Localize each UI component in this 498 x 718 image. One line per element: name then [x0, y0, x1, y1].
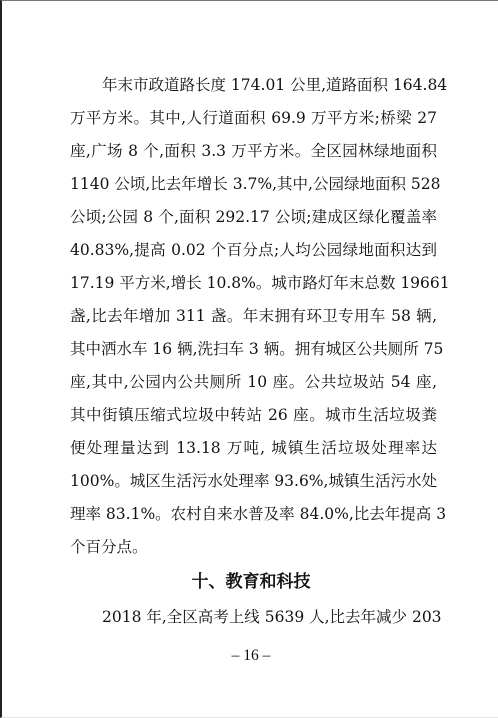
paragraph-education: 2018 年,全区高考上线 5639 人,比去年减少 203	[70, 601, 437, 634]
text-line: 座,其中,公园内公共厕所 10 座。公共垃圾站 54 座,	[70, 366, 437, 399]
text-line: 公顷;公园 8 个,面积 292.17 公顷;建成区绿化覆盖率	[70, 201, 437, 234]
text-line: 40.83%,提高 0.02 个百分点;人均公园绿地面积达到	[70, 234, 437, 267]
text-line: 万平方米。其中,人行道面积 69.9 万平方米;桥梁 27	[70, 102, 437, 135]
text-line: 便处理量达到 13.18 万吨, 城镇生活垃圾处理率达	[70, 432, 437, 465]
text-line: 100%。城区生活污水处理率 93.6%,城镇生活污水处	[70, 465, 437, 498]
text-line: 其中街镇压缩式垃圾中转站 26 座。城市生活垃圾粪	[70, 399, 437, 432]
text-line: 2018 年,全区高考上线 5639 人,比去年减少 203	[70, 601, 437, 634]
text-line: 盏,比去年增加 311 盏。年末拥有环卫专用车 58 辆,	[70, 300, 437, 333]
text-line: 个百分点。	[70, 531, 437, 564]
text-line: 17.19 平方米,增长 10.8%。城市路灯年末总数 19661	[70, 267, 437, 300]
paragraph-urban-infrastructure: 年末市政道路长度 174.01 公里,道路面积 164.84 万平方米。其中,人…	[70, 69, 437, 564]
text-line: 座,广场 8 个,面积 3.3 万平方米。全区园林绿地面积	[70, 135, 437, 168]
text-line: 1140 公顷,比去年增长 3.7%,其中,公园绿地面积 528	[70, 168, 437, 201]
text-line: 其中洒水车 16 辆,洗扫车 3 辆。拥有城区公共厕所 75	[70, 333, 437, 366]
text-line: 理率 83.1%。农村自来水普及率 84.0%,比去年提高 3	[70, 498, 437, 531]
document-page: 年末市政道路长度 174.01 公里,道路面积 164.84 万平方米。其中,人…	[0, 0, 498, 718]
section-heading: 十、教育和科技	[2, 567, 498, 597]
text-line: 年末市政道路长度 174.01 公里,道路面积 164.84	[70, 69, 437, 102]
page-number: – 16 –	[2, 641, 498, 671]
